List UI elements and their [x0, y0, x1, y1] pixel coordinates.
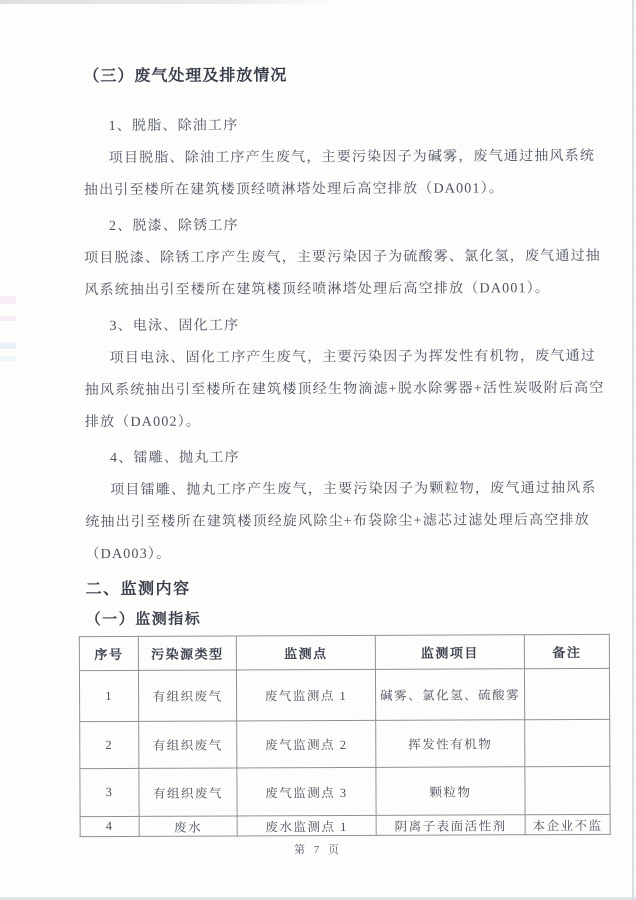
process-2-title: 2、脱漆、除锈工序 — [84, 209, 607, 243]
scan-smudge — [0, 316, 16, 321]
cell-index: 4 — [80, 816, 139, 836]
cell-remarks: 本企业不监 — [525, 814, 610, 834]
table-row-truncated: 4 废水 废水监测点 1 阴离子表面活性剂 本企业不监 — [80, 814, 610, 836]
process-1-line-2: 抽出引至楼所在建筑楼顶经喷淋塔处理后高空排放（DA001）。 — [84, 173, 607, 207]
cell-monitoring-point: 废气监测点 2 — [237, 720, 376, 768]
process-2-line-1: 项目脱漆、除锈工序产生废气，主要污染因子为硫酸雾、氯化氢，废气通过抽 — [84, 241, 607, 275]
scan-smudge — [0, 296, 16, 304]
cell-monitoring-point: 废水监测点 1 — [237, 815, 376, 836]
cell-monitoring-item: 挥发性有机物 — [376, 720, 525, 768]
table-row: 1 有组织废气 废气监测点 1 碱雾、氯化氢、硫酸雾 — [79, 668, 609, 721]
cell-monitoring-point: 废气监测点 3 — [237, 767, 376, 816]
cell-index: 2 — [80, 721, 139, 768]
cell-monitoring-item: 颗粒物 — [376, 767, 525, 816]
cell-remarks — [524, 668, 609, 719]
process-4-line-2: 统抽出引至楼所在建筑楼顶经旋风除尘+布袋除尘+滤芯过滤处理后高空排放 — [85, 505, 608, 539]
col-header-monitoring-point: 监测点 — [236, 635, 375, 670]
cell-source-type: 有组织废气 — [139, 721, 237, 768]
scan-smudge — [0, 356, 16, 361]
subsection-heading-monitoring-indicators: （一）监测指标 — [86, 603, 609, 635]
cell-index: 1 — [79, 670, 138, 721]
section-heading-monitoring-content: 二、监测内容 — [86, 573, 609, 605]
document-content: （三）废气处理及排放情况 1、脱脂、除油工序 项目脱脂、除油工序产生废气，主要污… — [83, 63, 609, 837]
col-header-pollution-source-type: 污染源类型 — [138, 636, 236, 670]
process-4-title: 4、镭雕、抛丸工序 — [85, 441, 608, 475]
cell-source-type: 废水 — [139, 816, 237, 836]
cell-source-type: 有组织废气 — [139, 768, 237, 816]
process-3-line-3: 排放（DA002）。 — [85, 405, 608, 439]
cell-monitoring-item: 碱雾、氯化氢、硫酸雾 — [375, 669, 524, 721]
page-number: 第 7 页 — [0, 841, 636, 857]
table-header-row: 序号 污染源类型 监测点 监测项目 备注 — [79, 634, 609, 670]
cell-source-type: 有组织废气 — [138, 670, 236, 721]
cell-remarks — [525, 766, 610, 814]
col-header-monitoring-item: 监测项目 — [375, 635, 524, 670]
process-4-line-3: （DA003）。 — [85, 537, 608, 571]
process-3-title: 3、电泳、固化工序 — [84, 309, 607, 343]
cell-monitoring-item: 阴离子表面活性剂 — [376, 815, 525, 836]
process-2-line-2: 风系统抽出引至楼所在建筑楼顶经喷淋塔处理后高空排放（DA001）。 — [84, 273, 607, 307]
scan-edge-top — [0, 0, 330, 4]
process-3-line-1: 项目电泳、固化工序产生废气，主要污染因子为挥发性有机物，废气通过 — [85, 341, 608, 375]
section-heading-waste-gas: （三）废气处理及排放情况 — [83, 63, 606, 89]
scan-smudge — [0, 342, 16, 349]
col-header-remarks: 备注 — [524, 634, 609, 668]
monitoring-indicators-table: 序号 污染源类型 监测点 监测项目 备注 1 有组织废气 废气监测点 1 碱雾、… — [79, 634, 611, 837]
process-1-line-1: 项目脱脂、除油工序产生废气，主要污染因子为碱雾，废气通过抽风系统 — [84, 141, 607, 175]
scan-edge-right — [632, 0, 634, 900]
cell-remarks — [525, 719, 610, 766]
process-1-title: 1、脱脂、除油工序 — [84, 109, 607, 143]
cell-monitoring-point: 废气监测点 1 — [236, 669, 375, 721]
cell-index: 3 — [80, 768, 139, 816]
table-row: 3 有组织废气 废气监测点 3 颗粒物 — [80, 766, 610, 816]
col-header-index: 序号 — [79, 636, 138, 670]
process-3-line-2: 抽风系统抽出引至楼所在建筑楼顶经生物滴滤+脱水除雾器+活性炭吸附后高空 — [85, 373, 608, 407]
scanned-document-page: （三）废气处理及排放情况 1、脱脂、除油工序 项目脱脂、除油工序产生废气，主要污… — [0, 0, 636, 900]
table-row: 2 有组织废气 废气监测点 2 挥发性有机物 — [80, 719, 610, 768]
process-4-line-1: 项目镭雕、抛丸工序产生废气，主要污染因子为颗粒物，废气通过抽风系 — [85, 473, 608, 507]
